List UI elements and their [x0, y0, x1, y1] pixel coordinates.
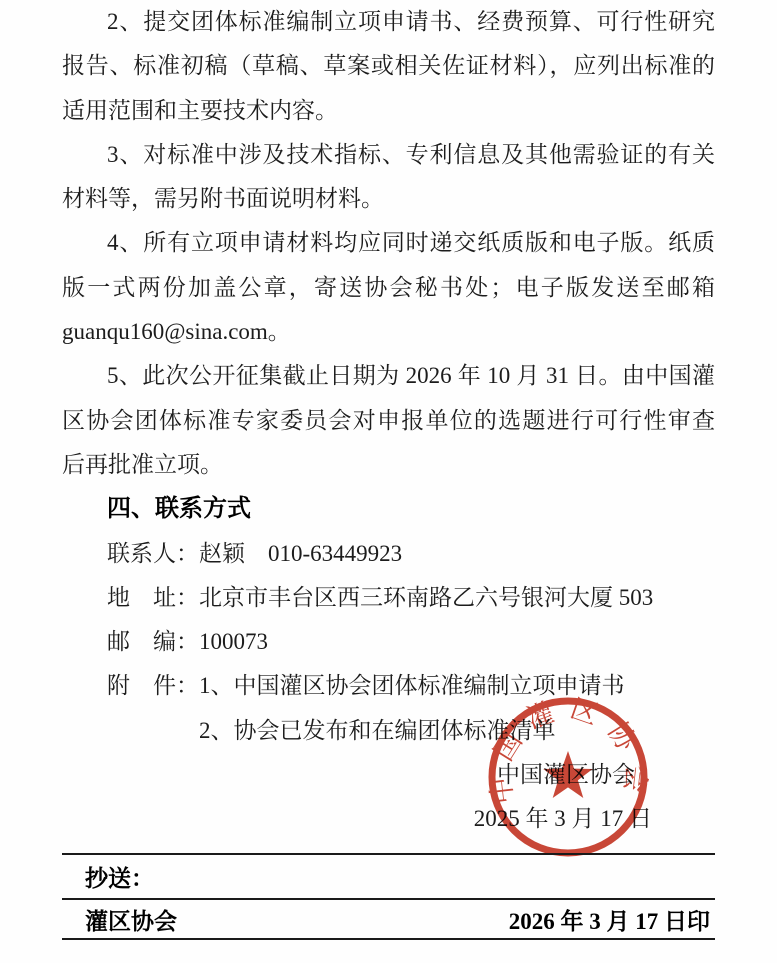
paragraph-line: 材料等，需另附书面说明材料。: [62, 177, 715, 221]
paragraph-line: 报告、标准初稿（草稿、草案或相关佐证材料），应列出标准的: [62, 44, 715, 88]
section-heading: 四、联系方式: [62, 487, 715, 531]
copy-to-label: 抄送：: [85, 860, 154, 893]
issuer-label: 灌区协会: [85, 903, 177, 936]
paragraph-line: 区协会团体标准专家委员会对申报单位的选题进行可行性审查: [62, 399, 715, 443]
signature-org: 中国灌区协会: [62, 753, 715, 797]
paragraph-line: 适用范围和主要技术内容。: [62, 89, 715, 133]
paragraph-line: 后再批准立项。: [62, 443, 715, 487]
paragraph-line: 3、对标准中涉及技术指标、专利信息及其他需验证的有关: [62, 133, 715, 177]
footer-divider: [62, 938, 715, 940]
print-date-label: 2026 年 3 月 17 日印: [509, 903, 710, 936]
document-body: 2、提交团体标准编制立项申请书、经费预算、可行性研究 报告、标准初稿（草稿、草案…: [62, 0, 715, 842]
attachment-line-2: 2、协会已发布和在编团体标准清单: [62, 709, 715, 753]
contact-postcode-line: 邮 编：100073: [62, 620, 715, 664]
signature-date: 2025 年 3 月 17 日: [62, 797, 715, 841]
paragraph-line: 版一式两份加盖公章，寄送协会秘书处；电子版发送至邮箱: [62, 266, 715, 310]
email-line: guanqu160@sina.com。: [62, 310, 715, 354]
paragraph-line: 4、所有立项申请材料均应同时递交纸质版和电子版。纸质: [62, 221, 715, 265]
document-page: 2、提交团体标准编制立项申请书、经费预算、可行性研究 报告、标准初稿（草稿、草案…: [0, 0, 777, 963]
contact-address-line: 地 址：北京市丰台区西三环南路乙六号银河大厦 503: [62, 576, 715, 620]
contact-person-line: 联系人：赵颖 010-63449923: [62, 532, 715, 576]
paragraph-line: 2、提交团体标准编制立项申请书、经费预算、可行性研究: [62, 0, 715, 44]
document-footer: 抄送： 灌区协会 2026 年 3 月 17 日印: [62, 853, 715, 940]
attachment-line-1: 附 件：1、中国灌区协会团体标准编制立项申请书: [62, 664, 715, 708]
paragraph-line: 5、此次公开征集截止日期为 2026 年 10 月 31 日。由中国灌: [62, 354, 715, 398]
